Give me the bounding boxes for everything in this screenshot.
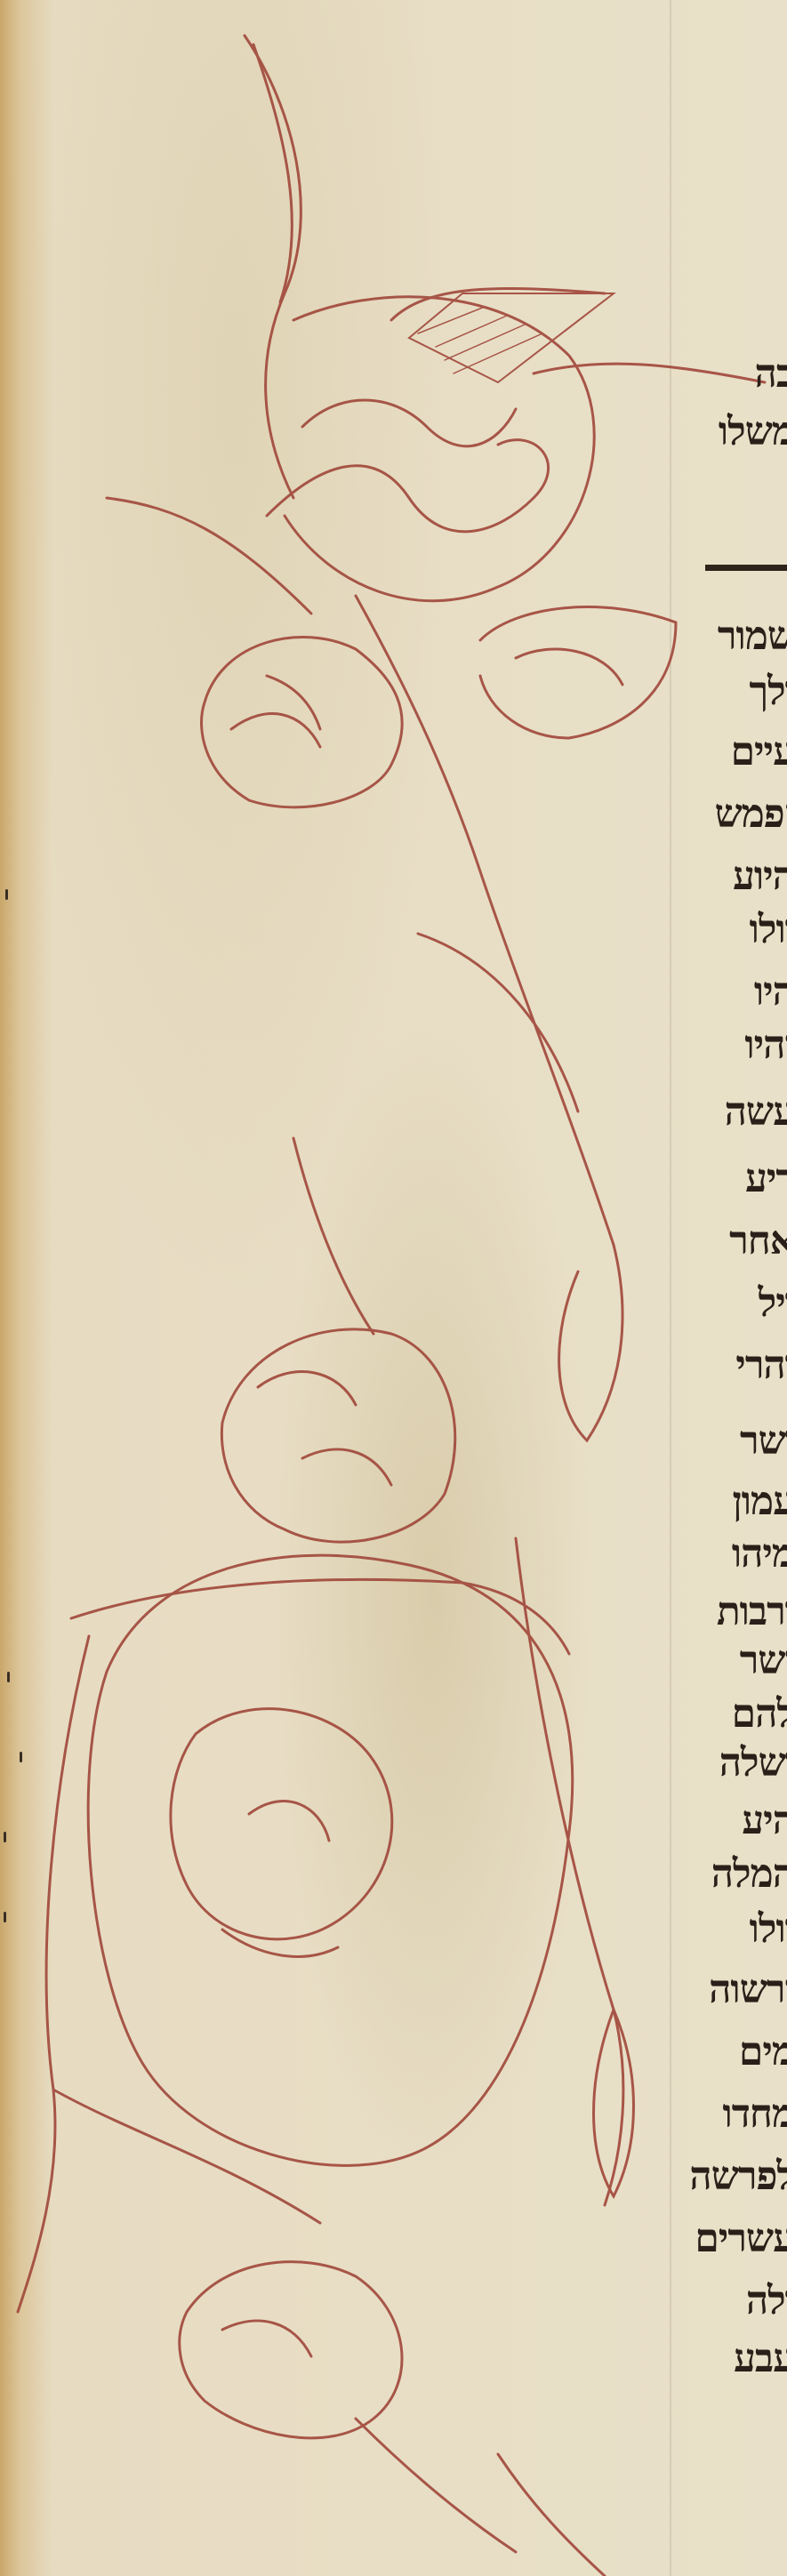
text-line: ישר (740, 1638, 787, 1683)
text-line: בה (754, 351, 787, 397)
text-line: ריע (745, 1156, 787, 1201)
text-line: ולך (750, 669, 787, 714)
pricking-mark (4, 1912, 6, 1922)
pricking-mark (7, 1672, 10, 1682)
text-line: שמור (718, 614, 787, 659)
pricking-mark (4, 1832, 6, 1842)
text-line: עשרים (695, 2216, 787, 2261)
text-line: המלה (711, 1851, 787, 1897)
text-line: מחדו (722, 2091, 787, 2137)
text-line: אחר (729, 1218, 787, 1264)
text-line: לפרשה (689, 2154, 787, 2199)
text-line: היוע (733, 854, 787, 899)
text-line: משלו (719, 409, 787, 454)
text-line: יהיו (744, 1023, 787, 1068)
manuscript-page: בה משלו שמור ולך עיים זפמש היוע וולו היו… (0, 0, 787, 2576)
text-line: וולו (750, 907, 787, 952)
text-line: עבע (734, 2336, 787, 2381)
text-line: מיהו (732, 1531, 787, 1577)
text-line: עיים (731, 729, 787, 774)
text-line: ויל (759, 1280, 787, 1326)
text-line: עשה (725, 1089, 787, 1135)
hebrew-text-column: בה משלו שמור ולך עיים זפמש היוע וולו היו… (654, 0, 787, 2576)
text-line: ולה (746, 2278, 787, 2323)
text-line: מים (739, 2029, 787, 2074)
pricking-mark (20, 1752, 22, 1762)
text-line: היו (754, 969, 787, 1015)
text-line: עמון (733, 1479, 787, 1524)
text-line: ושלה (719, 1740, 787, 1786)
text-line: להם (732, 1691, 787, 1737)
pricking-mark (5, 889, 8, 900)
text-line: ושר (740, 1418, 787, 1464)
text-line: זפמש (715, 791, 787, 837)
text-line: וולו (750, 1906, 787, 1952)
text-line: והרי (735, 1343, 787, 1388)
text-line: ירשוה (709, 1967, 787, 2012)
text-line: היע (742, 1798, 787, 1843)
text-line: ורבות (717, 1589, 787, 1634)
